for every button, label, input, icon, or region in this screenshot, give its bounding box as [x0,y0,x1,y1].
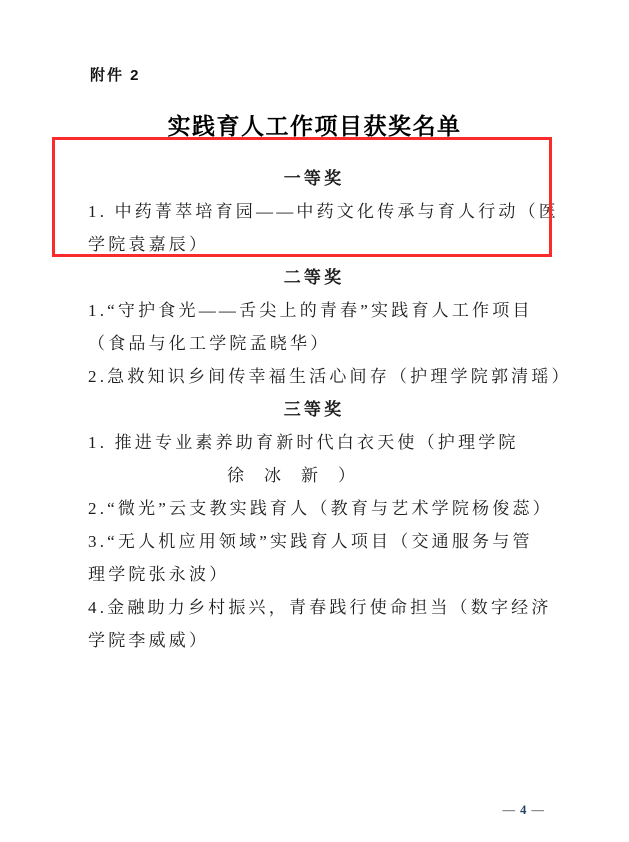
section-heading-third-prize: 三等奖 [88,393,540,426]
award-item-line: 1. 推进专业素养助育新时代白衣天使（护理学院 [88,426,540,459]
award-item-line: 4.金融助力乡村振兴，青春践行使命担当（数字经济 [88,591,540,624]
document-page: 附件 2 实践育人工作项目获奖名单 一等奖 1. 中药菁萃培育园——中药文化传承… [0,0,629,842]
award-item-line: （食品与化工学院孟晓华） [88,327,540,360]
award-item-line: 理学院张永波） [88,558,540,591]
award-item-line: 2.“微光”云支教实践育人（教育与艺术学院杨俊蕊） [88,492,540,525]
page-number: — 4 — [503,803,546,818]
document-title: 实践育人工作项目获奖名单 [0,108,629,141]
document-body: 一等奖 1. 中药菁萃培育园——中药文化传承与育人行动（医 学院袁嘉辰） 二等奖… [88,162,540,657]
section-heading-first-prize: 一等奖 [88,162,540,195]
attachment-label: 附件 2 [90,64,141,85]
section-heading-second-prize: 二等奖 [88,261,540,294]
award-item-line: 徐冰新） [88,459,540,492]
page-number-left-dash: — [503,803,517,817]
page-number-right-dash: — [532,803,546,817]
page-number-value: 4 [520,803,527,817]
award-item-line: 1. 中药菁萃培育园——中药文化传承与育人行动（医 [88,195,540,228]
award-item-line: 2.急救知识乡间传幸福生活心间存（护理学院郭清瑶） [88,360,540,393]
award-item-line: 3.“无人机应用领域”实践育人项目（交通服务与管 [88,525,540,558]
award-item-line: 学院袁嘉辰） [88,228,540,261]
award-item-line: 1.“守护食光——舌尖上的青春”实践育人工作项目 [88,294,540,327]
award-item-line: 学院李威威） [88,624,540,657]
